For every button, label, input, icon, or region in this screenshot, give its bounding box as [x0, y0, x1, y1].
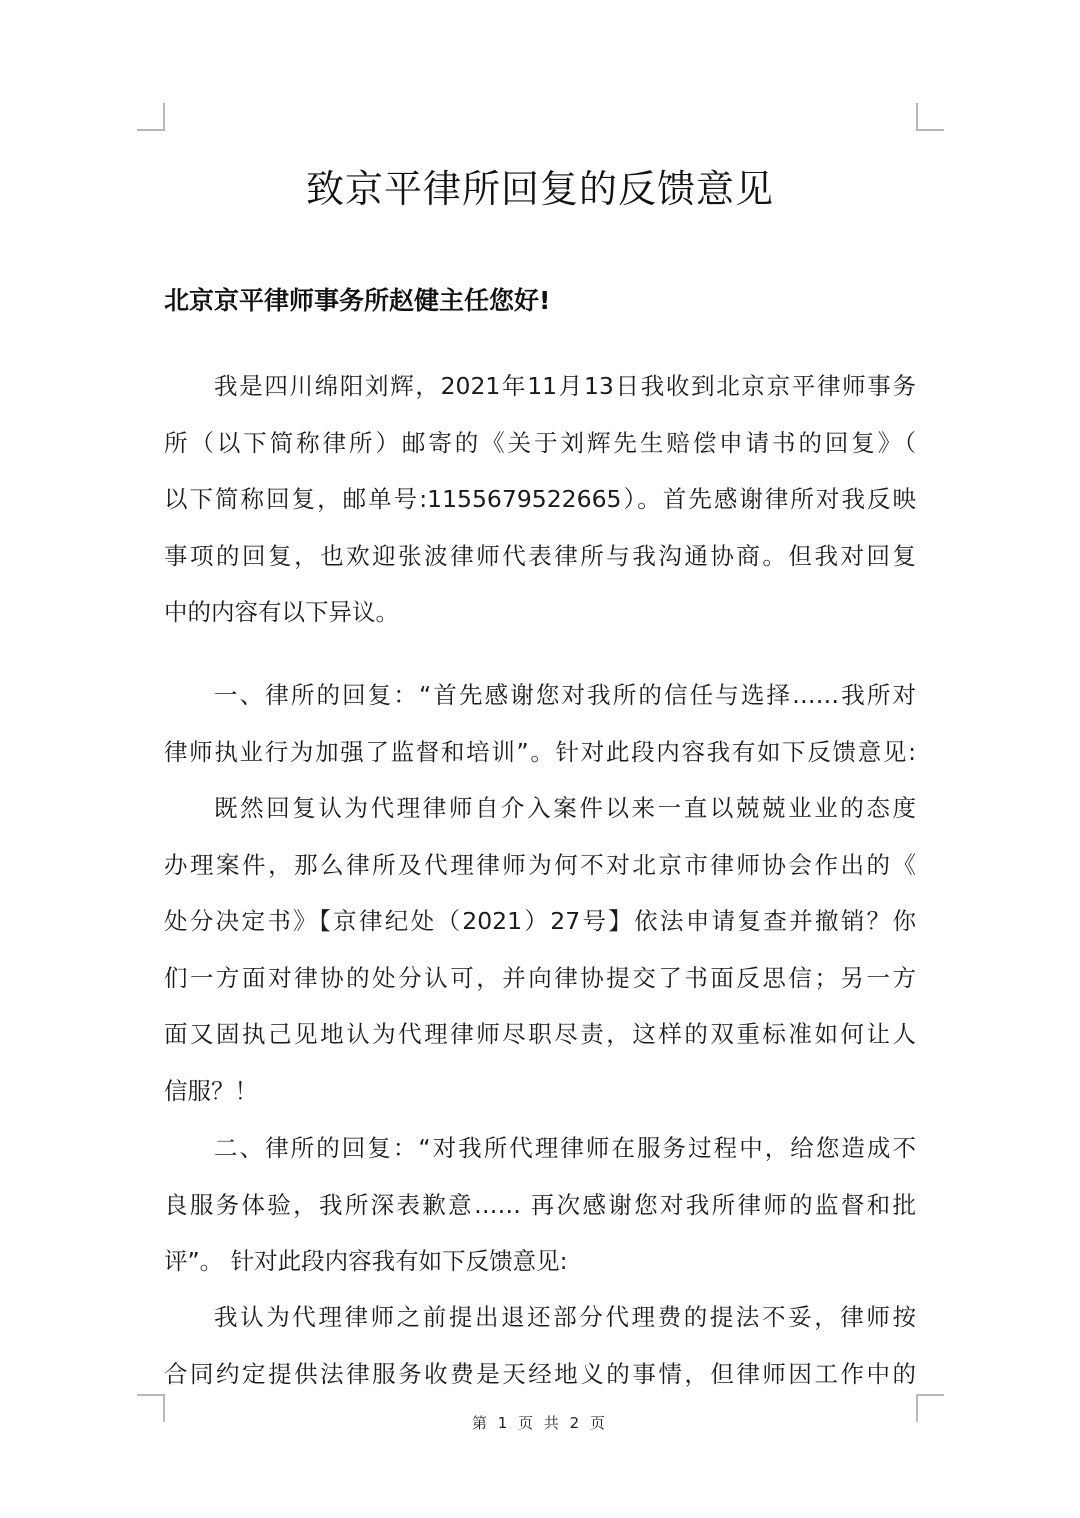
text-line: 以下简称回复，邮单号:1155679522665）。首先感谢律所对我反映	[164, 471, 916, 528]
document-page: 致京平律所回复的反馈意见 北京京平律师事务所赵健主任您好! 我是四川绵阳刘辉，2…	[0, 0, 1080, 1518]
text-line: 律师执业行为加强了监督和培训”。针对此段内容我有如下反馈意见:	[164, 724, 916, 781]
text-line: 既然回复认为代理律师自介入案件以来一直以兢兢业业的态度	[164, 780, 916, 837]
text-line: 评”。 针对此段内容我有如下反馈意见:	[164, 1233, 916, 1290]
text-line: 事项的回复，也欢迎张波律师代表律所与我沟通协商。但我对回复	[164, 528, 916, 585]
margin-corner-mark-top-left	[137, 103, 165, 131]
text-line: 一、律所的回复：“首先感谢您对我所的信任与选择……我所对	[164, 667, 916, 724]
text-line: 二、律所的回复：“对我所代理律师在服务过程中，给您造成不	[164, 1120, 916, 1177]
text-line: 信服？！	[164, 1063, 916, 1120]
text-line: 我认为代理律师之前提出退还部分代理费的提法不妥，律师按	[164, 1289, 916, 1346]
page-number-footer: 第 1 页 共 2 页	[0, 1412, 1080, 1433]
text-line: 中的内容有以下异议。	[164, 584, 916, 641]
text-line: 所（以下简称律所）邮寄的《关于刘辉先生赔偿申请书的回复》（	[164, 415, 916, 472]
text-line: 们一方面对律协的处分认可，并向律协提交了书面反思信；另一方	[164, 950, 916, 1007]
paragraph-intro: 我是四川绵阳刘辉，2021年11月13日我收到北京京平律师事务 所（以下简称律所…	[164, 358, 916, 641]
paragraph-point-1-response: 既然回复认为代理律师自介入案件以来一直以兢兢业业的态度 办理案件，那么律所及代理…	[164, 780, 916, 1119]
paragraph-point-1-quote: 一、律所的回复：“首先感谢您对我所的信任与选择……我所对 律师执业行为加强了监督…	[164, 667, 916, 780]
text-line: 处分决定书》【京律纪处（2021）27号】依法申请复查并撤销？你	[164, 893, 916, 950]
text-line: 合同约定提供法律服务收费是天经地义的事情，但律师因工作中的	[164, 1346, 916, 1403]
salutation: 北京京平律师事务所赵健主任您好!	[164, 281, 550, 317]
paragraph-point-2-quote: 二、律所的回复：“对我所代理律师在服务过程中，给您造成不 良服务体验，我所深表歉…	[164, 1120, 916, 1290]
paragraph-point-2-response: 我认为代理律师之前提出退还部分代理费的提法不妥，律师按 合同约定提供法律服务收费…	[164, 1289, 916, 1402]
text-line: 良服务体验，我所深表歉意…… 再次感谢您对我所律师的监督和批	[164, 1177, 916, 1234]
text-line: 办理案件，那么律所及代理律师为何不对北京市律师协会作出的《	[164, 837, 916, 894]
margin-corner-mark-top-right	[916, 103, 944, 131]
text-line: 面又固执己见地认为代理律师尽职尽责，这样的双重标准如何让人	[164, 1006, 916, 1063]
text-line: 我是四川绵阳刘辉，2021年11月13日我收到北京京平律师事务	[164, 358, 916, 415]
document-title: 致京平律所回复的反馈意见	[0, 158, 1080, 213]
